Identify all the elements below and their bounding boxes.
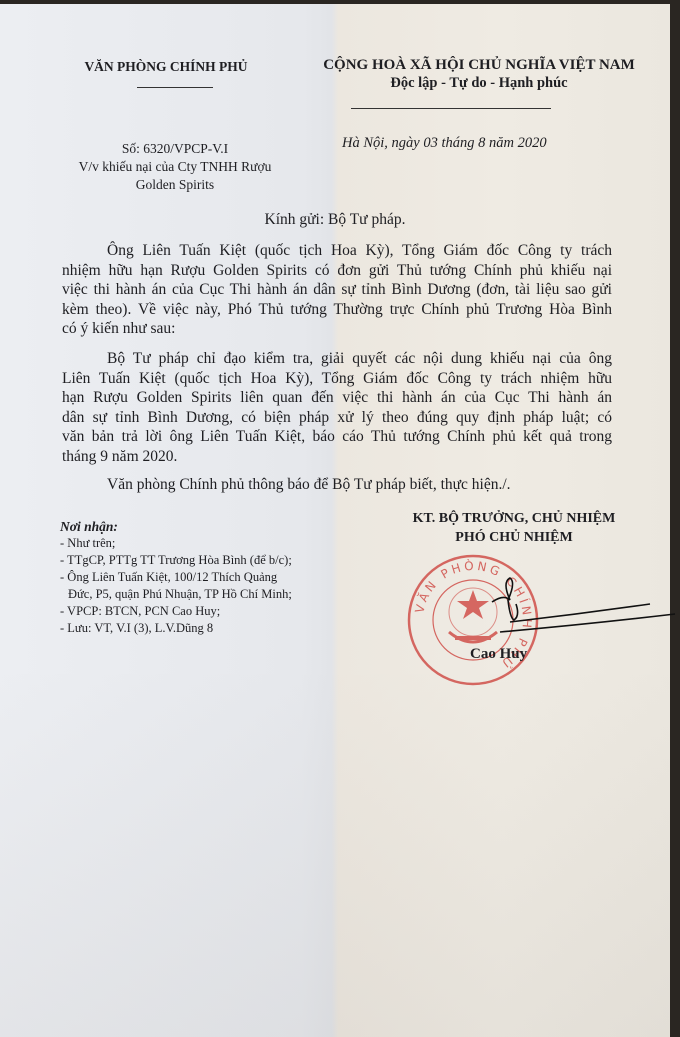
handwritten-signature-icon xyxy=(480,574,680,654)
distribution-item: - Ông Liên Tuấn Kiệt, 100/12 Thích Quảng xyxy=(60,569,292,586)
distribution-title: Nơi nhận: xyxy=(60,518,292,535)
paragraph-line: dân sự tỉnh Bình Dương, có biện pháp xử … xyxy=(62,408,612,428)
issuing-agency: VĂN PHÒNG CHÍNH PHỦ xyxy=(66,59,266,75)
national-header: CỘNG HOÀ XÃ HỘI CHỦ NGHĨA VIỆT NAM Độc l… xyxy=(288,57,670,92)
paragraph-3: Văn phòng Chính phủ thông báo để Bộ Tư p… xyxy=(62,475,612,495)
issue-date: Hà Nội, ngày 03 tháng 8 năm 2020 xyxy=(342,135,547,152)
recipient-line: Kính gửi: Bộ Tư pháp. xyxy=(0,211,670,229)
national-motto: Độc lập - Tự do - Hạnh phúc xyxy=(288,75,670,92)
paragraph-line: Ông Liên Tuấn Kiệt (quốc tịch Hoa Kỳ), T… xyxy=(62,241,612,261)
signatory-title-2: PHÓ CHỦ NHIỆM xyxy=(384,528,644,547)
paragraph-line: kèm theo). Về việc này, Phó Thủ tướng Th… xyxy=(62,300,612,320)
document-reference: Số: 6320/VPCP-V.I V/v khiếu nại của Cty … xyxy=(55,140,295,194)
paragraph-line: văn bản trả lời ông Liên Tuấn Kiệt, báo … xyxy=(62,427,612,447)
signatory-title-1: KT. BỘ TRƯỞNG, CHỦ NHIỆM xyxy=(384,509,644,528)
distribution-item: - Như trên; xyxy=(60,535,292,552)
paragraph-line: có ý kiến như sau: xyxy=(62,319,612,339)
agency-underline xyxy=(137,87,213,88)
document-number: Số: 6320/VPCP-V.I xyxy=(55,140,295,158)
paragraph-line: Bộ Tư pháp chỉ đạo kiểm tra, giải quyết … xyxy=(62,349,612,369)
distribution-item: Đức, P5, quận Phú Nhuận, TP Hồ Chí Minh; xyxy=(60,586,292,603)
distribution-list: Nơi nhận: - Như trên; - TTgCP, PTTg TT T… xyxy=(60,518,292,637)
signatory-title: KT. BỘ TRƯỞNG, CHỦ NHIỆM PHÓ CHỦ NHIỆM xyxy=(384,509,644,547)
signer-name: Cao Huy xyxy=(470,646,527,663)
subject-line-1: V/v khiếu nại của Cty TNHH Rượu xyxy=(55,158,295,176)
motto-underline xyxy=(351,108,551,109)
paragraph-line: Liên Tuấn Kiệt (quốc tịch Hoa Kỳ), Tổng … xyxy=(62,369,612,389)
paragraph-2: Bộ Tư pháp chỉ đạo kiểm tra, giải quyết … xyxy=(62,349,612,466)
paragraph-line: hạn Rượu Golden Spirits liên quan đến vi… xyxy=(62,388,612,408)
country-name: CỘNG HOÀ XÃ HỘI CHỦ NGHĨA VIỆT NAM xyxy=(288,57,670,74)
paragraph-line: nhiệm hữu hạn Rượu Golden Spirits có đơn… xyxy=(62,261,612,281)
paragraph-line: tháng 9 năm 2020. xyxy=(62,447,612,467)
paragraph-1: Ông Liên Tuấn Kiệt (quốc tịch Hoa Kỳ), T… xyxy=(62,241,612,339)
subject-line-2: Golden Spirits xyxy=(55,176,295,194)
distribution-item: - TTgCP, PTTg TT Trương Hòa Bình (để b/c… xyxy=(60,552,292,569)
paragraph-line: việc thi hành án của Cục Thi hành án dân… xyxy=(62,280,612,300)
document-page: VĂN PHÒNG CHÍNH PHỦ CỘNG HOÀ XÃ HỘI CHỦ … xyxy=(0,4,670,1037)
distribution-item: - Lưu: VT, V.I (3), L.V.Dũng 8 xyxy=(60,620,292,637)
paragraph-line: Văn phòng Chính phủ thông báo để Bộ Tư p… xyxy=(62,475,612,495)
distribution-item: - VPCP: BTCN, PCN Cao Huy; xyxy=(60,603,292,620)
